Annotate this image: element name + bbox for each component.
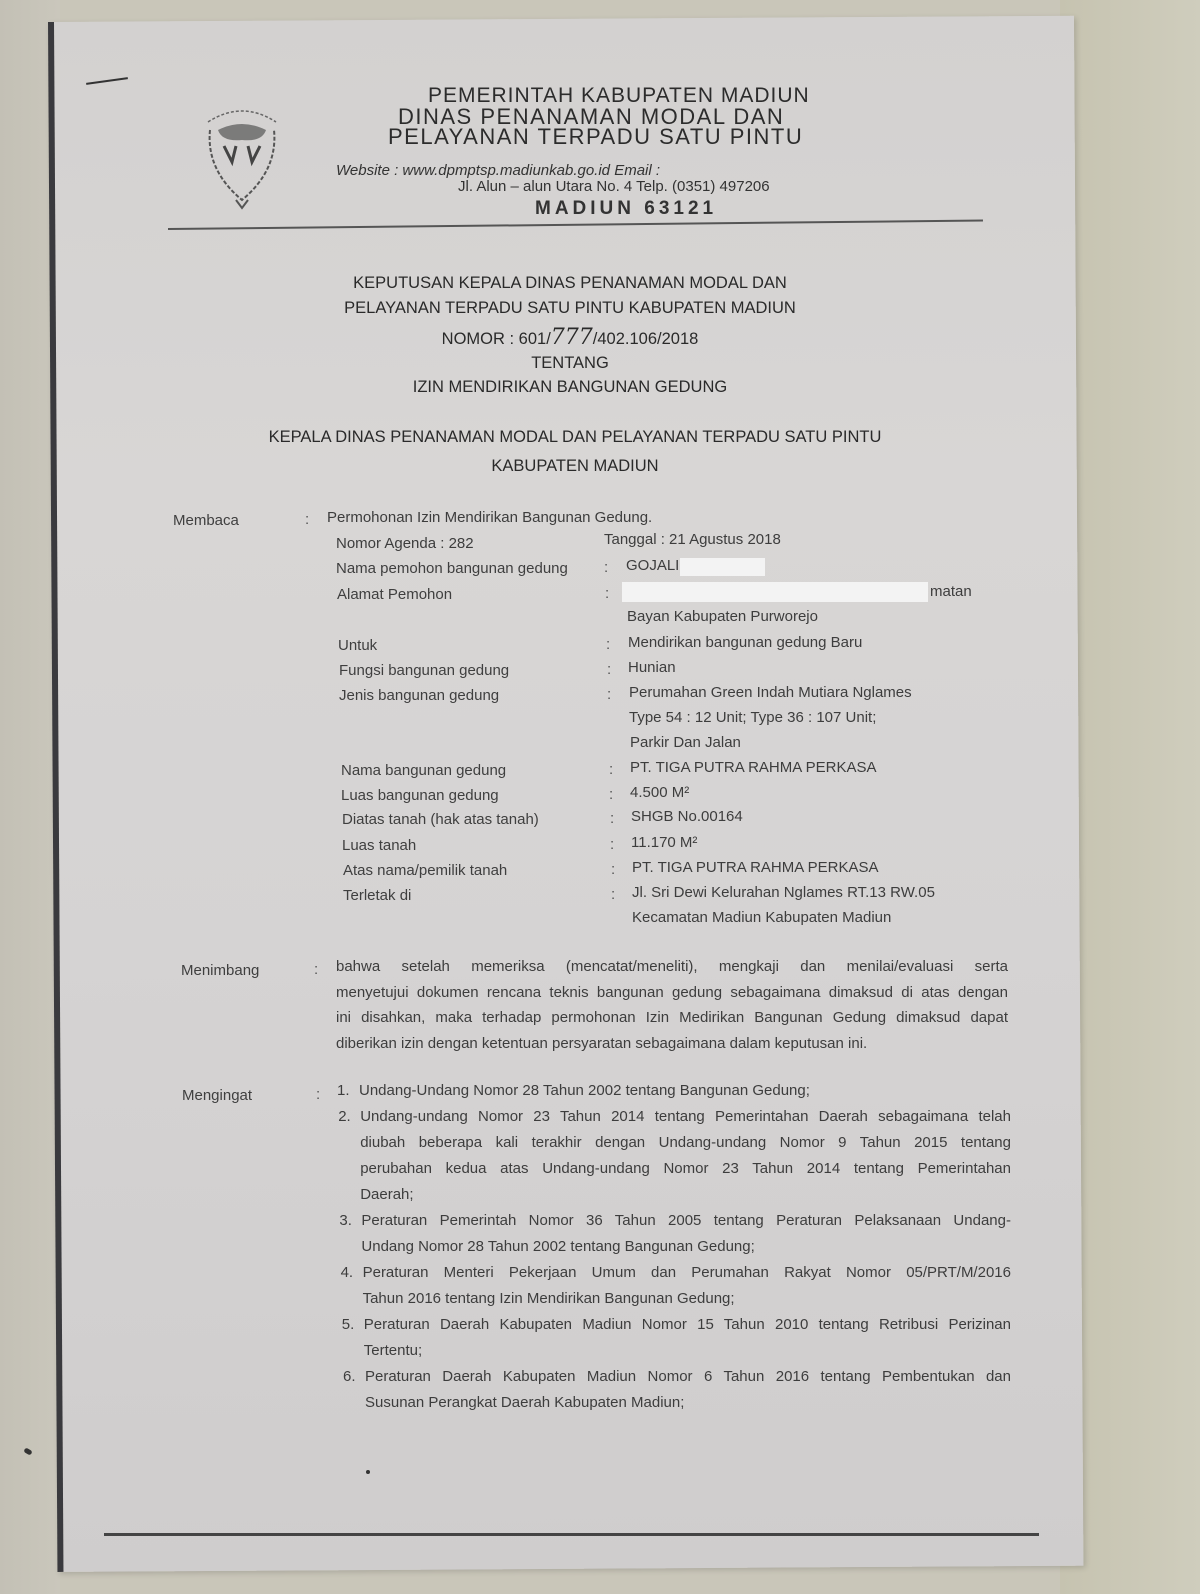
list-item-line: Tertentu; (364, 1342, 1011, 1359)
list-item-line: Peraturan Pemerintah Nomor 36 Tahun 2005… (361, 1212, 1011, 1229)
list-item-line: Tahun 2016 tentang Izin Mendirikan Bangu… (363, 1290, 1011, 1307)
colon: : (610, 836, 614, 853)
field-value-continued: Type 54 : 12 Unit; Type 36 : 107 Unit; (629, 709, 876, 726)
colon: : (604, 559, 608, 576)
paragraph-line: diberikan izin dengan ketentuan persyara… (336, 1035, 896, 1052)
list-item-line: Peraturan Menteri Pekerjaan Umum dan Per… (363, 1264, 1011, 1281)
colon: : (606, 636, 610, 653)
field-value: PT. TIGA PUTRA RAHMA PERKASA (630, 759, 876, 776)
agenda-number: Nomor Agenda : 282 (336, 535, 474, 552)
colon: : (316, 1086, 320, 1103)
colon: : (609, 786, 613, 803)
list-item-line: Undang-Undang Nomor 28 Tahun 2002 tentan… (359, 1082, 1011, 1099)
agenda-date: Tanggal : 21 Agustus 2018 (604, 531, 781, 548)
decree-title-line2: PELAYANAN TERPADU SATU PINTU KABUPATEN M… (70, 299, 1070, 318)
footer-divider (104, 1533, 1039, 1536)
field-value-continued: Bayan Kabupaten Purworejo (627, 608, 818, 625)
decree-number: NOMOR : 601/777/402.106/2018 (70, 325, 1070, 350)
field-label: Jenis bangunan gedung (339, 687, 499, 704)
section-label-mengingat: Mengingat (182, 1087, 252, 1104)
field-value: Mendirikan bangunan gedung Baru (628, 634, 862, 651)
decree-subject: IZIN MENDIRIKAN BANGUNAN GEDUNG (70, 378, 1070, 397)
regency-emblem-icon (196, 100, 288, 210)
colon: : (610, 810, 614, 827)
letterhead-agency-line2: PELAYANAN TERPADU SATU PINTU (388, 124, 803, 150)
field-label: Atas nama/pemilik tanah (343, 862, 507, 879)
colon: : (305, 511, 309, 528)
list-number: 1. (337, 1082, 350, 1099)
field-value: Jl. Sri Dewi Kelurahan Nglames RT.13 RW.… (632, 884, 935, 901)
field-value: Hunian (628, 659, 676, 676)
list-item-line: Undang-undang Nomor 23 Tahun 2014 tentan… (360, 1108, 1011, 1125)
colon: : (611, 861, 615, 878)
field-value: 11.170 M² (631, 834, 697, 851)
field-label: Luas tanah (342, 837, 416, 854)
redacted-name (680, 558, 765, 576)
document-content: PEMERINTAH KABUPATEN MADIUN DINAS PENANA… (0, 0, 1200, 1594)
decree-about-label: TENTANG (70, 354, 1070, 373)
colon: : (607, 686, 611, 703)
field-label: Diatas tanah (hak atas tanah) (342, 811, 539, 828)
field-label: Fungsi bangunan gedung (339, 662, 509, 679)
letterhead-city: MADIUN 63121 (535, 198, 717, 220)
decree-number-suffix: /402.106/2018 (593, 330, 699, 348)
list-number: 2. (338, 1108, 351, 1125)
paragraph-line: ini disahkan, maka terhadap permohonan I… (336, 1009, 1008, 1026)
colon: : (609, 761, 613, 778)
redacted-address (622, 582, 928, 602)
paragraph-line: bahwa setelah memeriksa (mencatat/meneli… (336, 958, 1008, 975)
membaca-intro: Permohonan Izin Mendirikan Bangunan Gedu… (327, 509, 652, 526)
field-value: GOJALI I (626, 557, 688, 574)
field-label: Terletak di (343, 887, 411, 904)
letterhead-address: Jl. Alun – alun Utara No. 4 Telp. (0351)… (458, 178, 770, 195)
list-number: 5. (342, 1316, 355, 1333)
list-item-line: Peraturan Daerah Kabupaten Madiun Nomor … (364, 1316, 1011, 1333)
authority-line2: KABUPATEN MADIUN (75, 457, 1075, 476)
colon: : (611, 886, 615, 903)
section-label-membaca: Membaca (173, 512, 239, 529)
paragraph-line: menyetujui dokumen rencana teknis bangun… (336, 984, 1008, 1001)
list-number: 6. (343, 1368, 356, 1385)
field-value-continued: Kecamatan Madiun Kabupaten Madiun (632, 909, 891, 926)
authority-line1: KEPALA DINAS PENANAMAN MODAL DAN PELAYAN… (75, 428, 1075, 447)
list-item-line: Peraturan Daerah Kabupaten Madiun Nomor … (365, 1368, 1011, 1385)
list-number: 4. (341, 1264, 354, 1281)
letterhead-website: Website : www.dpmptsp.madiunkab.go.id Em… (336, 162, 660, 179)
colon: : (607, 661, 611, 678)
colon: : (605, 585, 609, 602)
field-label: Nama pemohon bangunan gedung (336, 560, 568, 577)
field-value-continued: Parkir Dan Jalan (630, 734, 741, 751)
list-item-line: Daerah; (360, 1186, 1011, 1203)
letterhead-divider (168, 219, 983, 230)
section-label-menimbang: Menimbang (181, 962, 259, 979)
field-value: SHGB No.00164 (631, 808, 743, 825)
list-item-line: Susunan Perangkat Daerah Kabupaten Madiu… (365, 1394, 1011, 1411)
field-label: Nama bangunan gedung (341, 762, 506, 779)
list-item-line: diubah beberapa kali terakhir dengan Und… (360, 1134, 1011, 1151)
list-item-line: perubahan kedua atas Undang-undang Nomor… (360, 1160, 1011, 1177)
field-label: Untuk (338, 637, 377, 654)
field-value: Perumahan Green Indah Mutiara Nglames (629, 684, 912, 701)
list-number: 3. (339, 1212, 352, 1229)
decree-number-prefix: NOMOR : 601/ (442, 330, 551, 348)
list-item-line: Undang Nomor 28 Tahun 2002 tentang Bangu… (361, 1238, 1011, 1255)
field-label: Luas bangunan gedung (341, 787, 499, 804)
field-value: matan (930, 583, 972, 600)
field-value: 4.500 M² (630, 784, 689, 801)
decree-title-line1: KEPUTUSAN KEPALA DINAS PENANAMAN MODAL D… (70, 274, 1070, 293)
field-label: Alamat Pemohon (337, 586, 452, 603)
decree-number-handwritten: 777 (551, 325, 593, 350)
colon: : (314, 961, 318, 978)
field-value: PT. TIGA PUTRA RAHMA PERKASA (632, 859, 878, 876)
